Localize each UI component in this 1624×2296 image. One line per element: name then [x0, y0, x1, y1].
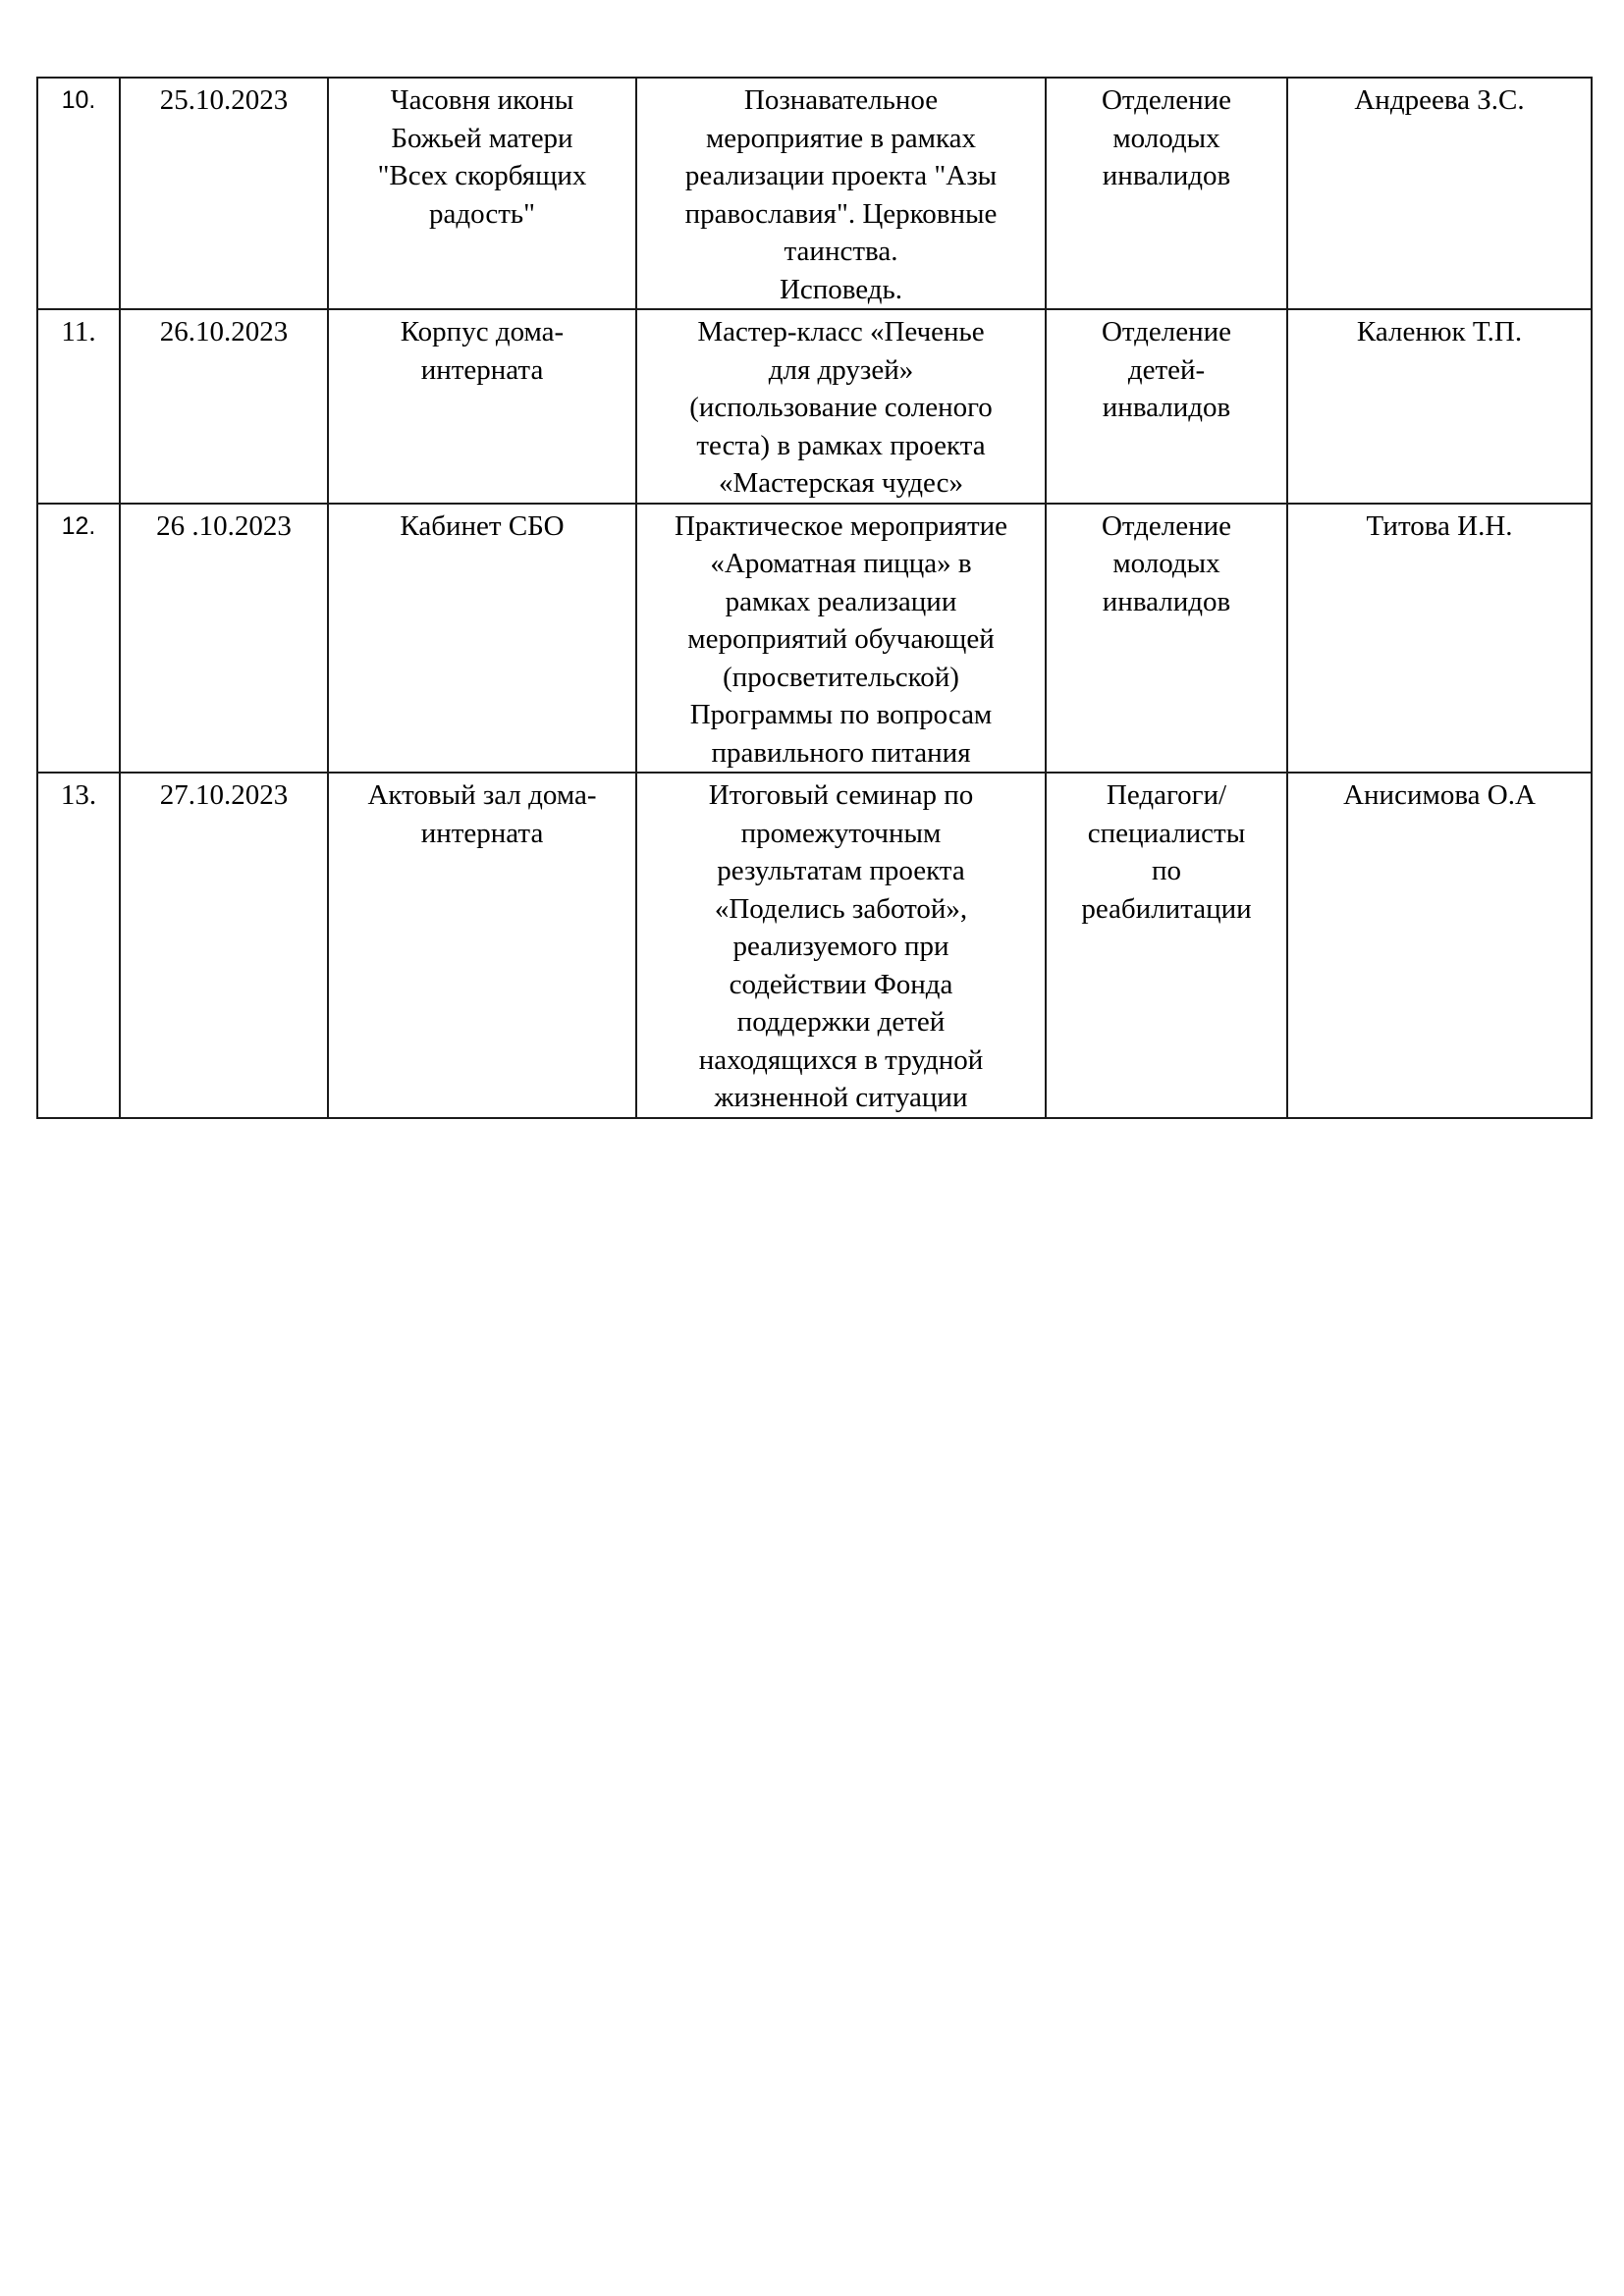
- event-date: 26 .10.2023: [120, 504, 328, 774]
- event-place: Актовый зал дома- интерната: [328, 773, 636, 1118]
- event-date: 27.10.2023: [120, 773, 328, 1118]
- event-responsible: Андреева З.С.: [1287, 78, 1592, 309]
- event-place: Корпус дома- интерната: [328, 309, 636, 504]
- row-number: 10.: [37, 78, 120, 309]
- event-responsible: Титова И.Н.: [1287, 504, 1592, 774]
- row-number: 11.: [37, 309, 120, 504]
- event-description: Практическое мероприятие «Ароматная пицц…: [636, 504, 1046, 774]
- event-department: Отделение молодых инвалидов: [1046, 504, 1287, 774]
- events-table: 10. 25.10.2023 Часовня иконы Божьей мате…: [36, 77, 1593, 1119]
- event-responsible: Анисимова О.А: [1287, 773, 1592, 1118]
- row-number: 12.: [37, 504, 120, 774]
- document-page: 10. 25.10.2023 Часовня иконы Божьей мате…: [0, 0, 1624, 2296]
- event-place: Кабинет СБО: [328, 504, 636, 774]
- event-date: 25.10.2023: [120, 78, 328, 309]
- table-row: 12. 26 .10.2023 Кабинет СБО Практическое…: [37, 504, 1592, 774]
- table-row: 10. 25.10.2023 Часовня иконы Божьей мате…: [37, 78, 1592, 309]
- event-department: Педагоги/ специалисты по реабилитации: [1046, 773, 1287, 1118]
- event-responsible: Каленюк Т.П.: [1287, 309, 1592, 504]
- table-row: 13. 27.10.2023 Актовый зал дома- интерна…: [37, 773, 1592, 1118]
- event-description: Познавательное мероприятие в рамках реал…: [636, 78, 1046, 309]
- event-place: Часовня иконы Божьей матери "Всех скорбя…: [328, 78, 636, 309]
- table-row: 11. 26.10.2023 Корпус дома- интерната Ма…: [37, 309, 1592, 504]
- event-department: Отделение молодых инвалидов: [1046, 78, 1287, 309]
- event-description: Итоговый семинар по промежуточным резуль…: [636, 773, 1046, 1118]
- row-number: 13.: [37, 773, 120, 1118]
- event-description: Мастер-класс «Печенье для друзей» (испол…: [636, 309, 1046, 504]
- event-date: 26.10.2023: [120, 309, 328, 504]
- event-department: Отделение детей- инвалидов: [1046, 309, 1287, 504]
